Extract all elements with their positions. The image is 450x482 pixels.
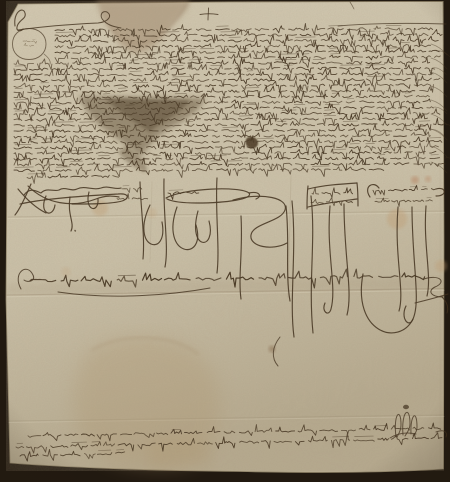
vignette	[0, 0, 450, 482]
manuscript-canvas	[0, 0, 450, 482]
manuscript-photo	[0, 0, 450, 482]
